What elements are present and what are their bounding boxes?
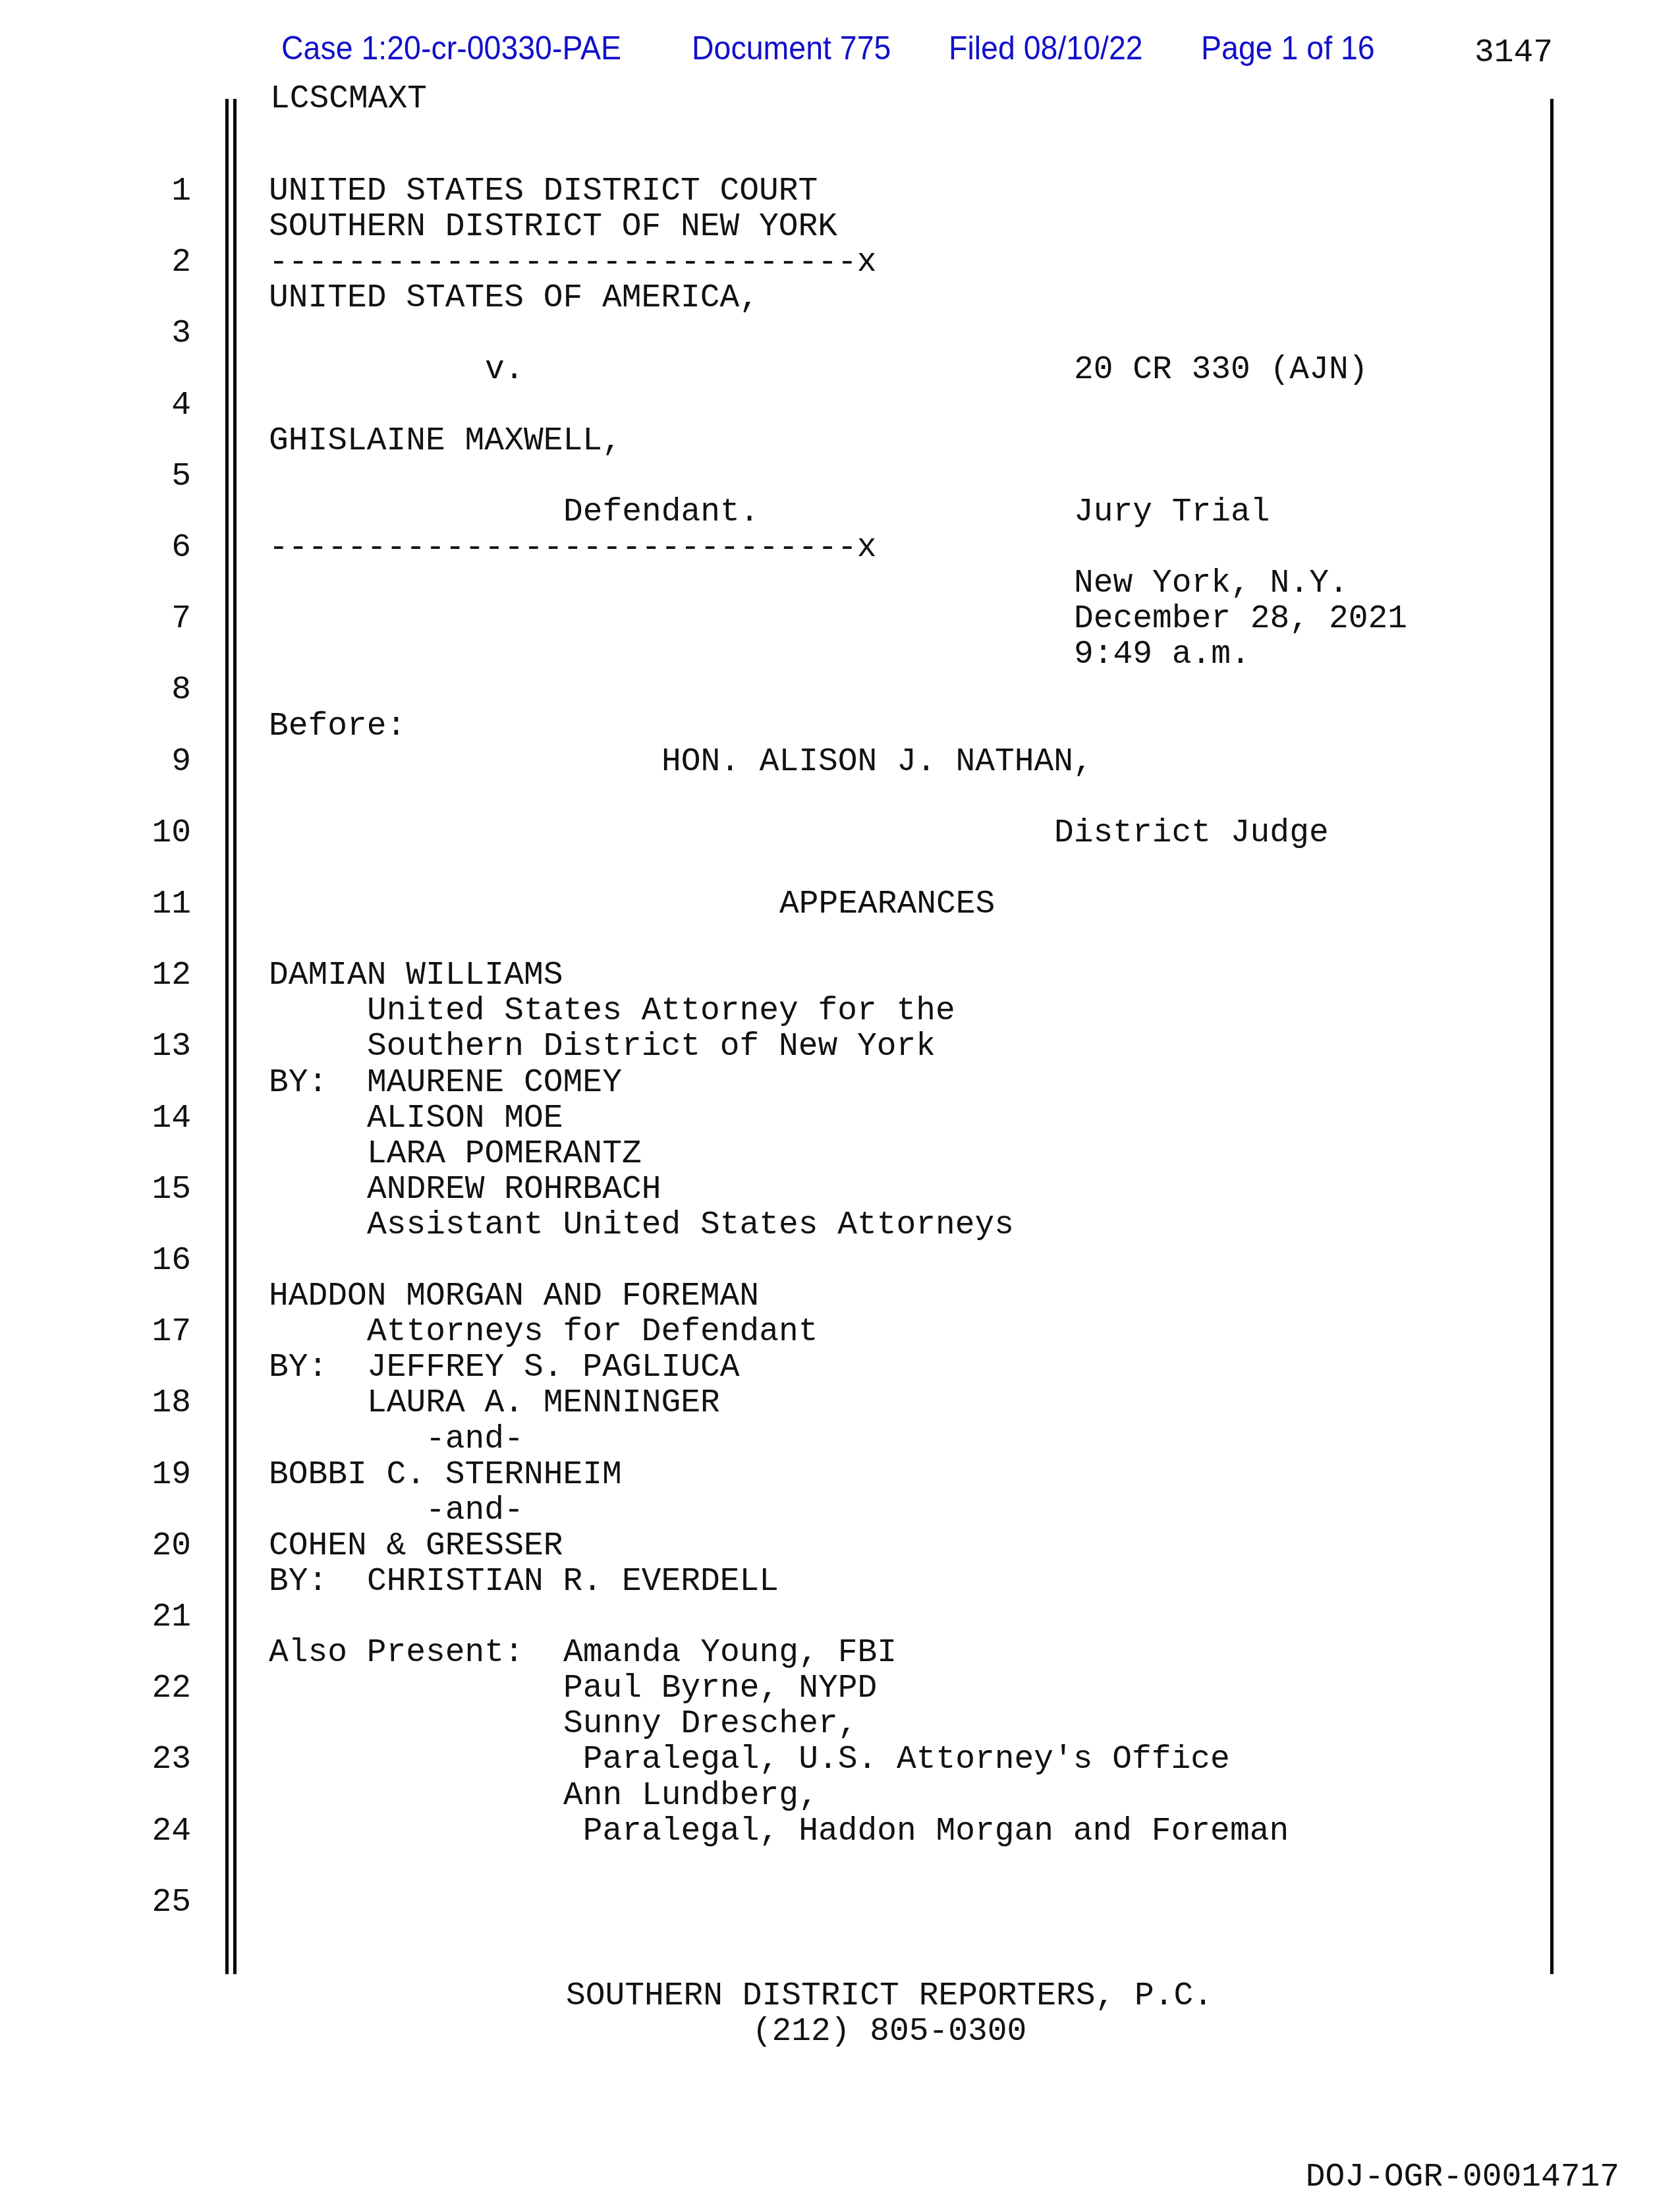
before-label: Before: <box>269 710 406 743</box>
attendee-role: Paralegal, U.S. Attorney's Office <box>563 1744 1230 1776</box>
by-label: BY: <box>269 1351 327 1384</box>
line-number: 14 <box>105 1102 191 1135</box>
and-separator: -and- <box>426 1423 524 1456</box>
defendant-name: GHISLAINE MAXWELL, <box>269 425 622 458</box>
line-number: 5 <box>105 461 191 494</box>
line-number: 18 <box>105 1387 191 1420</box>
line-number: 1 <box>105 175 191 208</box>
line-number: 6 <box>105 532 191 565</box>
document-number-header: Document 775 <box>692 32 891 65</box>
line-number: 9 <box>105 746 191 779</box>
transcript-page-number: 3147 <box>1474 37 1553 70</box>
left-margin-rule-inner <box>233 99 237 1974</box>
line-number: 23 <box>105 1744 191 1776</box>
line-number: 10 <box>105 817 191 850</box>
line-number: 25 <box>105 1886 191 1919</box>
line-number: 17 <box>105 1316 191 1349</box>
attorney-name: ALISON MOE <box>367 1102 563 1135</box>
versus: v. <box>485 354 524 387</box>
attendee: Sunny Drescher, <box>563 1708 857 1741</box>
us-attorney-name: DAMIAN WILLIAMS <box>269 959 563 992</box>
case-number-header: Case 1:20-cr-00330-PAE <box>281 32 621 65</box>
page-count-header: Page 1 of 16 <box>1201 32 1375 65</box>
district-name: SOUTHERN DISTRICT OF NEW YORK <box>269 211 837 244</box>
judge-name: HON. ALISON J. NATHAN, <box>661 746 1093 779</box>
us-attorney-role: United States Attorney for the <box>367 995 955 1028</box>
line-number: 7 <box>105 603 191 636</box>
attorney-name: MAURENE COMEY <box>367 1067 622 1100</box>
line-number: 15 <box>105 1174 191 1206</box>
by-label: BY: <box>269 1067 327 1100</box>
line-number: 16 <box>105 1245 191 1278</box>
left-margin-rule-outer <box>225 99 229 1974</box>
attorney-name: LAURA A. MENNINGER <box>367 1387 720 1420</box>
attendee: Paul Byrne, NYPD <box>563 1672 877 1705</box>
court-name: UNITED STATES DISTRICT COURT <box>269 175 818 208</box>
line-number: 2 <box>105 246 191 279</box>
filed-date-header: Filed 08/10/22 <box>949 32 1143 65</box>
bates-number: DOJ-OGR-00014717 <box>1306 2161 1619 2194</box>
caption-separator: ------------------------------x <box>269 532 877 565</box>
line-number: 19 <box>105 1459 191 1492</box>
plaintiff: UNITED STATES OF AMERICA, <box>269 282 759 315</box>
attorney-name: LARA POMERANTZ <box>367 1138 642 1171</box>
co-counsel-name: BOBBI C. STERNHEIM <box>269 1459 622 1492</box>
attorneys-title: Assistant United States Attorneys <box>367 1209 1014 1242</box>
attorney-name: JEFFREY S. PAGLIUCA <box>367 1351 739 1384</box>
line-number: 21 <box>105 1601 191 1634</box>
line-number: 20 <box>105 1530 191 1563</box>
line-number: 11 <box>105 888 191 921</box>
defendant-label: Defendant. <box>563 496 760 529</box>
and-separator: -and- <box>426 1494 524 1527</box>
transcript-id: LCSCMAXT <box>270 83 427 116</box>
time: 9:49 a.m. <box>1074 638 1250 671</box>
line-number: 3 <box>105 318 191 351</box>
case-number: 20 CR 330 (AJN) <box>1074 354 1368 387</box>
caption-separator: ------------------------------x <box>269 246 877 279</box>
attendee: Ann Lundberg, <box>563 1780 818 1813</box>
location: New York, N.Y. <box>1074 567 1349 600</box>
right-margin-rule <box>1550 99 1554 1974</box>
us-attorney-role: Southern District of New York <box>367 1031 936 1063</box>
line-number: 4 <box>105 389 191 422</box>
appearances-heading: APPEARANCES <box>779 888 995 921</box>
defense-firm: HADDON MORGAN AND FOREMAN <box>269 1280 759 1313</box>
attorney-name: CHRISTIAN R. EVERDELL <box>367 1566 779 1599</box>
line-number: 13 <box>105 1031 191 1063</box>
also-present-label: Also Present: <box>269 1637 524 1670</box>
second-firm: COHEN & GRESSER <box>269 1530 563 1563</box>
date: December 28, 2021 <box>1074 603 1407 636</box>
reporter-phone: (212) 805-0300 <box>0 2016 1680 2049</box>
reporter-name: SOUTHERN DISTRICT REPORTERS, P.C. <box>0 1980 1680 2013</box>
by-label: BY: <box>269 1566 327 1599</box>
judge-title: District Judge <box>1054 817 1329 850</box>
defense-role: Attorneys for Defendant <box>367 1316 818 1349</box>
attorney-name: ANDREW ROHRBACH <box>367 1174 661 1206</box>
attendee: Amanda Young, FBI <box>563 1637 897 1670</box>
line-number: 8 <box>105 674 191 707</box>
line-number: 12 <box>105 959 191 992</box>
proceeding-type: Jury Trial <box>1074 496 1270 529</box>
line-number: 22 <box>105 1672 191 1705</box>
attendee-role: Paralegal, Haddon Morgan and Foreman <box>563 1815 1289 1848</box>
line-number: 24 <box>105 1815 191 1848</box>
